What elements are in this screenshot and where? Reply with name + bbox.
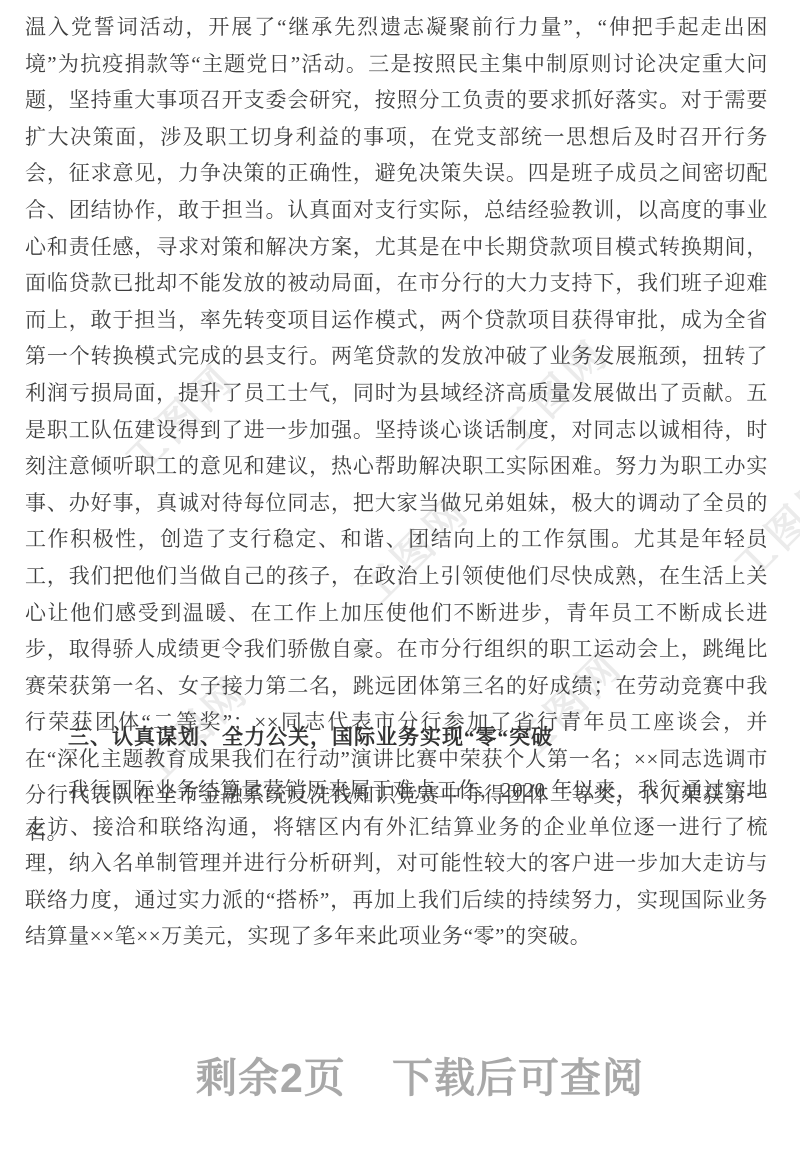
remaining-pages-notice: 剩余2页 下载后可查阅 [196,1051,644,1097]
section-heading: 三、认真谋划、全力公关，国际业务实现“零“突破 [25,719,768,756]
download-hint-label: 下载后可查阅 [392,1045,644,1104]
body-paragraph-2: 我行国际业务结算量营销历来属于难点工作，2020 年以来，我行通过实地走访、接洽… [25,772,768,955]
remaining-pages-label: 剩余2页 [196,1045,346,1104]
document-page: 工图网 工图网 工图网 工图网 工图网 工图网 温入党誓词活动，开展了“继承先烈… [0,0,800,1152]
